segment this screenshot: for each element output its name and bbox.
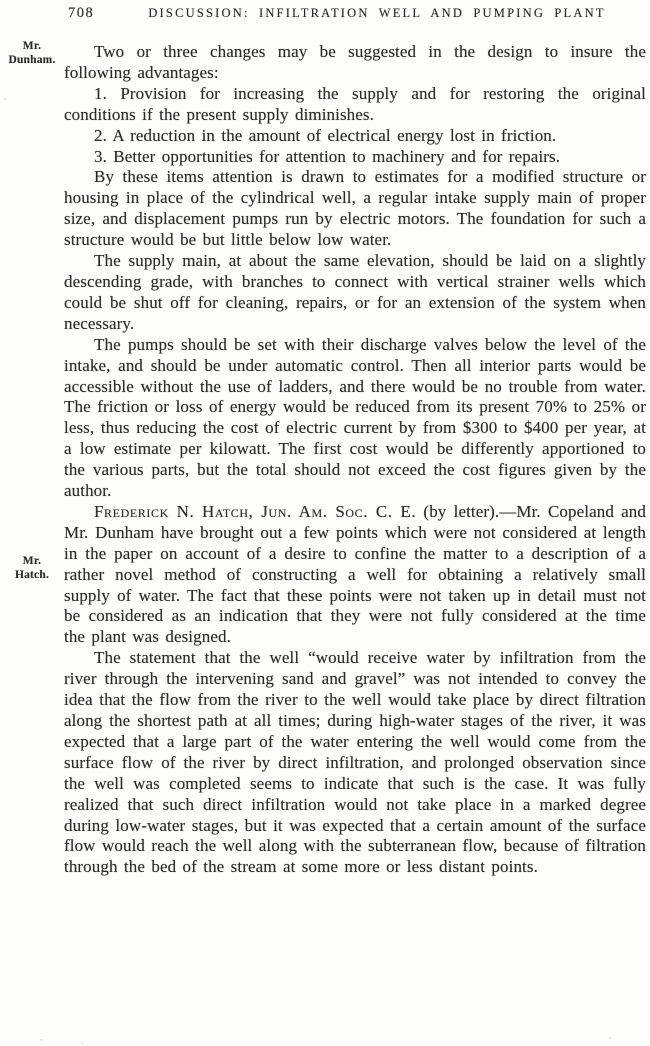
scan-speck — [40, 1039, 43, 1041]
running-title: DISCUSSION: INFILTRATION WELL AND PUMPIN… — [108, 6, 646, 21]
paragraph-pumps: The pumps should be set with their disch… — [64, 335, 646, 502]
scan-speck — [81, 1042, 83, 1044]
paragraph-hatch-lead: Frederick N. Hatch, Jun. Am. Soc. C. E. … — [64, 502, 646, 648]
speaker-name: Frederick N. Hatch, Jun. Am. Soc. C. E. — [94, 502, 416, 521]
page-header: 708 DISCUSSION: INFILTRATION WELL AND PU… — [64, 5, 646, 23]
book-page: 708 DISCUSSION: INFILTRATION WELL AND PU… — [0, 0, 650, 1046]
margin-note-dunham: Mr. Dunham. — [3, 40, 61, 67]
margin-note-hatch-line2: Hatch. — [3, 569, 61, 583]
scan-speck — [4, 98, 6, 100]
margin-note-dunham-line1: Mr. — [3, 40, 61, 54]
paragraph-infiltration: The statement that the well “would recei… — [64, 648, 646, 878]
margin-note-hatch-line1: Mr. — [3, 555, 61, 569]
paragraph-estimates: By these items attention is drawn to est… — [64, 167, 646, 251]
numbered-item-2: 2. A reduction in the amount of electric… — [64, 126, 646, 147]
numbered-item-3: 3. Better opportunities for attention to… — [64, 147, 646, 168]
paragraph-dunham-intro: Two or three changes may be suggested in… — [64, 42, 646, 84]
speaker-lead-rest: (by letter).—Mr. Copeland and Mr. Dunham… — [64, 502, 646, 646]
page-number: 708 — [68, 5, 94, 22]
text-column: Two or three changes may be suggested in… — [64, 42, 646, 878]
paragraph-supply-main: The supply main, at about the same eleva… — [64, 251, 646, 335]
margin-note-hatch: Mr. Hatch. — [3, 555, 61, 582]
scan-speck — [609, 1037, 611, 1039]
margin-note-dunham-line2: Dunham. — [3, 54, 61, 68]
numbered-item-1: 1. Provision for increasing the supply a… — [64, 84, 646, 126]
